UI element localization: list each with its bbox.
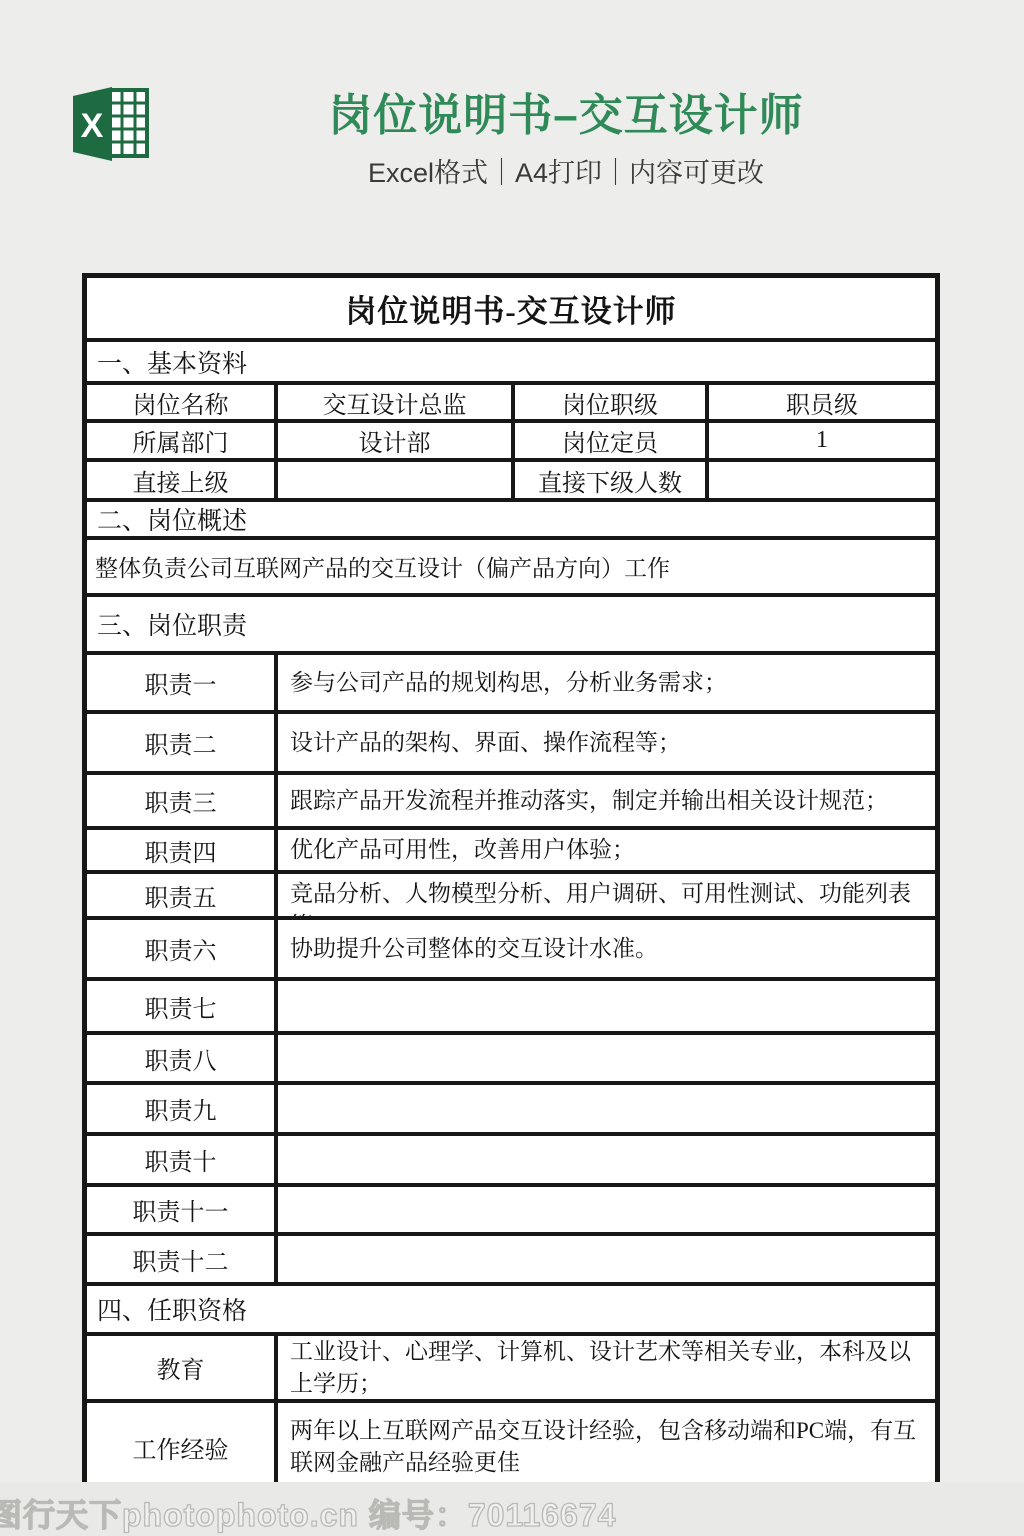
duty-text xyxy=(278,1236,935,1282)
table-row-duty-10: 职责十 xyxy=(87,1136,935,1187)
table-row-department: 所属部门 设计部 岗位定员 1 xyxy=(87,423,935,462)
label-department: 所属部门 xyxy=(87,423,278,458)
education-text: 工业设计、心理学、计算机、设计艺术等相关专业，本科及以上学历； xyxy=(278,1336,935,1399)
value-direct-superior xyxy=(278,462,515,498)
table-row-duty-12: 职责十二 xyxy=(87,1236,935,1286)
duty-text xyxy=(278,1035,935,1081)
value-department: 设计部 xyxy=(278,423,515,458)
duty-label: 职责四 xyxy=(87,830,278,870)
duty-text: 参与公司产品的规划构思，分析业务需求； xyxy=(278,655,935,710)
duty-label: 职责十 xyxy=(87,1136,278,1183)
value-headcount: 1 xyxy=(709,423,935,458)
footer-bar: 图行天下photophoto.cn 编号：70116674 xyxy=(0,1482,1024,1536)
duty-text xyxy=(278,1187,935,1232)
duty-label: 职责九 xyxy=(87,1085,278,1132)
table-row-position-name: 岗位名称 交互设计总监 岗位职级 职员级 xyxy=(87,385,935,423)
label-headcount: 岗位定员 xyxy=(515,423,709,458)
work-experience-text: 两年以上互联网产品交互设计经验，包含移动端和PC端，有互联网金融产品经验更佳 xyxy=(278,1403,935,1482)
duty-label: 职责十二 xyxy=(87,1236,278,1282)
duty-label: 职责二 xyxy=(87,714,278,771)
duty-text: 优化产品可用性，改善用户体验； xyxy=(278,830,935,870)
page-title: 岗位说明书–交互设计师 xyxy=(0,90,1024,142)
duty-label: 职责七 xyxy=(87,981,278,1031)
section-basic-info: 一、基本资料 xyxy=(87,342,935,385)
job-description-table: 岗位说明书-交互设计师 一、基本资料 岗位名称 交互设计总监 岗位职级 职员级 … xyxy=(82,273,940,1482)
duty-label: 职责一 xyxy=(87,655,278,710)
table-row-duty-11: 职责十一 xyxy=(87,1187,935,1236)
duty-text xyxy=(278,1136,935,1183)
table-row-duty-1: 职责一 参与公司产品的规划构思，分析业务需求； xyxy=(87,655,935,714)
value-position-rank: 职员级 xyxy=(709,385,935,419)
table-row-duty-6: 职责六 协助提升公司整体的交互设计水准。 xyxy=(87,920,935,981)
table-row-duty-9: 职责九 xyxy=(87,1085,935,1136)
table-row-duty-2: 职责二 设计产品的架构、界面、操作流程等； xyxy=(87,714,935,775)
duty-label: 职责十一 xyxy=(87,1187,278,1232)
watermark-text: 图行天下photophoto.cn 编号：70116674 xyxy=(0,1490,616,1536)
label-subordinates: 直接下级人数 xyxy=(515,462,709,498)
duty-text xyxy=(278,981,935,1031)
duty-text: 竞品分析、人物模型分析、用户调研、可用性测试、功能列表等 xyxy=(278,874,935,916)
label-direct-superior: 直接上级 xyxy=(87,462,278,498)
duty-text xyxy=(278,1085,935,1132)
label-position-name: 岗位名称 xyxy=(87,385,278,419)
table-row-duty-8: 职责八 xyxy=(87,1035,935,1085)
section-qualifications: 四、任职资格 xyxy=(87,1286,935,1336)
table-row-duty-7: 职责七 xyxy=(87,981,935,1035)
duty-label: 职责三 xyxy=(87,775,278,826)
value-position-name: 交互设计总监 xyxy=(278,385,515,419)
label-position-rank: 岗位职级 xyxy=(515,385,709,419)
label-work-experience: 工作经验 xyxy=(87,1403,278,1482)
table-row-education: 教育 工业设计、心理学、计算机、设计艺术等相关专业，本科及以上学历； xyxy=(87,1336,935,1403)
table-row-duty-5: 职责五 竞品分析、人物模型分析、用户调研、可用性测试、功能列表等 xyxy=(87,874,935,920)
table-row-superior: 直接上级 直接下级人数 xyxy=(87,462,935,502)
duty-label: 职责八 xyxy=(87,1035,278,1081)
duty-label: 职责六 xyxy=(87,920,278,977)
duty-label: 职责五 xyxy=(87,874,278,916)
duty-text: 协助提升公司整体的交互设计水准。 xyxy=(278,920,935,977)
overview-text: 整体负责公司互联网产品的交互设计（偏产品方向）工作 xyxy=(87,540,935,597)
duty-text: 跟踪产品开发流程并推动落实，制定并输出相关设计规范； xyxy=(278,775,935,826)
table-row-duty-4: 职责四 优化产品可用性，改善用户体验； xyxy=(87,830,935,874)
value-subordinates xyxy=(709,462,935,498)
doc-title: 岗位说明书-交互设计师 xyxy=(87,278,935,342)
duty-text: 设计产品的架构、界面、操作流程等； xyxy=(278,714,935,771)
label-education: 教育 xyxy=(87,1336,278,1399)
section-overview: 二、岗位概述 xyxy=(87,502,935,540)
page-subtitle: Excel格式｜A4打印｜内容可更改 xyxy=(0,155,1024,191)
section-duties: 三、岗位职责 xyxy=(87,597,935,655)
table-row-duty-3: 职责三 跟踪产品开发流程并推动落实，制定并输出相关设计规范； xyxy=(87,775,935,830)
table-row-work-experience: 工作经验 两年以上互联网产品交互设计经验，包含移动端和PC端，有互联网金融产品经… xyxy=(87,1403,935,1482)
